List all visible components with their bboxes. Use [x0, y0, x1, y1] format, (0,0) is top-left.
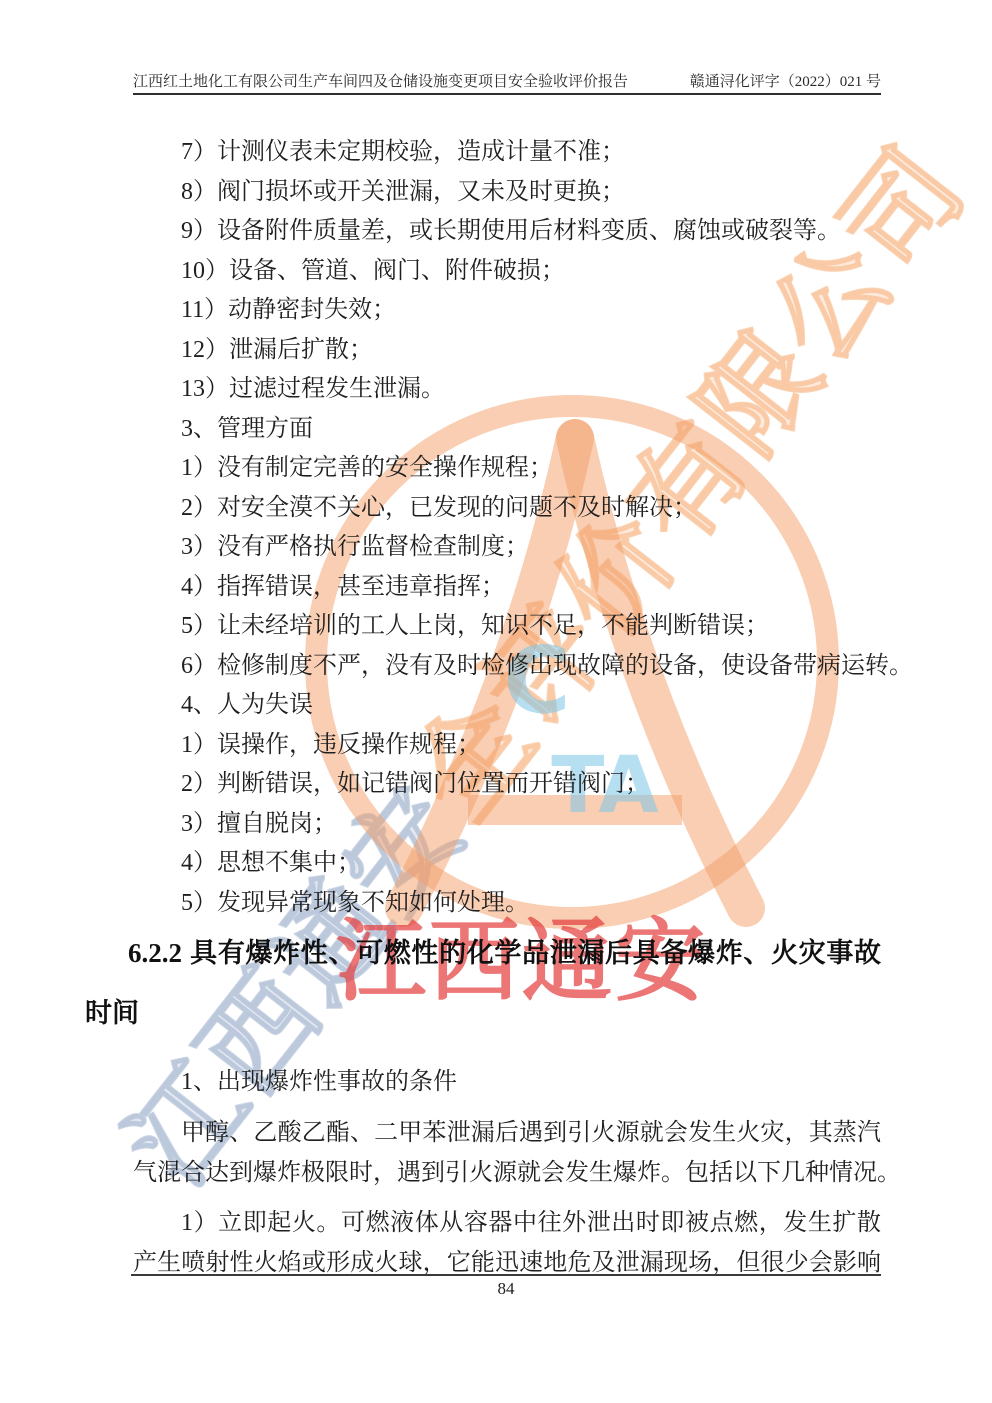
- sub-item-title: 1、出现爆炸性事故的条件: [133, 1062, 881, 1102]
- body-line: 5）发现异常现象不知如何处理。: [133, 884, 881, 924]
- body-line: 1）没有制定完善的安全操作规程；: [133, 449, 881, 489]
- body-line: 4、人为失误: [133, 686, 881, 726]
- body-line: 13）过滤过程发生泄漏。: [133, 370, 881, 410]
- paragraph-line: 1）立即起火。可燃液体从容器中往外泄出时即被点燃，发生扩散燃烧，: [133, 1204, 881, 1244]
- page-number: 84: [498, 1279, 515, 1298]
- section-number: 6.2.2: [128, 938, 182, 968]
- document-page: 江西通安全评价有限公司 C TA 江西通安 江西红土地化工有限公司生产车间四及仓…: [0, 0, 992, 1403]
- paragraph: 甲醇、乙酸乙酯、二甲苯泄漏后遇到引火源就会发生火灾，其蒸汽与空 气混合达到爆炸极…: [133, 1114, 881, 1193]
- body-line: 2）判断错误，如记错阀门位置而开错阀门；: [133, 765, 881, 805]
- document-body: 7）计测仪表未定期校验，造成计量不准； 8）阀门损坏或开关泄漏，又未及时更换； …: [133, 133, 881, 1283]
- body-line: 4）思想不集中；: [133, 844, 881, 884]
- body-line: 12）泄漏后扩散；: [133, 331, 881, 371]
- body-line: 8）阀门损坏或开关泄漏，又未及时更换；: [133, 173, 881, 213]
- body-line: 4）指挥错误，甚至违章指挥；: [133, 568, 881, 608]
- body-line: 7）计测仪表未定期校验，造成计量不准；: [133, 133, 881, 173]
- body-line: 1）误操作，违反操作规程；: [133, 726, 881, 766]
- body-line: 6）检修制度不严，没有及时检修出现故障的设备，使设备带病运转。: [133, 647, 881, 687]
- body-line: 11）动静密封失效；: [133, 291, 881, 331]
- header-report-title: 江西红土地化工有限公司生产车间四及仓储设施变更项目安全验收评价报告: [133, 71, 628, 93]
- body-line: 9）设备附件质量差，或长期使用后材料变质、腐蚀或破裂等。: [133, 212, 881, 252]
- page-header: 江西红土地化工有限公司生产车间四及仓储设施变更项目安全验收评价报告 赣通浔化评字…: [133, 68, 881, 95]
- section-heading: 6.2.2 具有爆炸性、可燃性的化学品泄漏后具备爆炸、火灾事故条件和需要 时间: [85, 923, 881, 1043]
- paragraph: 1）立即起火。可燃液体从容器中往外泄出时即被点燃，发生扩散燃烧， 产生喷射性火焰…: [133, 1204, 881, 1283]
- section-title-text: 具有爆炸性、可燃性的化学品泄漏后具备爆炸、火灾事故条件和需要: [85, 938, 881, 983]
- header-doc-number: 赣通浔化评字（2022）021 号: [690, 71, 881, 93]
- section-heading-line1: 6.2.2 具有爆炸性、可燃性的化学品泄漏后具备爆炸、火灾事故条件和需要: [85, 923, 881, 983]
- body-line: 10）设备、管道、阀门、附件破损；: [133, 252, 881, 292]
- paragraph-line: 气混合达到爆炸极限时，遇到引火源就会发生爆炸。包括以下几种情况。: [133, 1154, 881, 1194]
- body-line: 3）擅自脱岗；: [133, 805, 881, 845]
- page-footer: 84: [131, 1274, 881, 1299]
- paragraph-line: 甲醇、乙酸乙酯、二甲苯泄漏后遇到引火源就会发生火灾，其蒸汽与空: [133, 1114, 881, 1154]
- body-line: 5）让未经培训的工人上岗，知识不足，不能判断错误；: [133, 607, 881, 647]
- body-line: 3）没有严格执行监督检查制度；: [133, 528, 881, 568]
- section-heading-line2: 时间: [85, 983, 881, 1043]
- body-line: 2）对安全漠不关心，已发现的问题不及时解决；: [133, 489, 881, 529]
- body-line: 3、管理方面: [133, 410, 881, 450]
